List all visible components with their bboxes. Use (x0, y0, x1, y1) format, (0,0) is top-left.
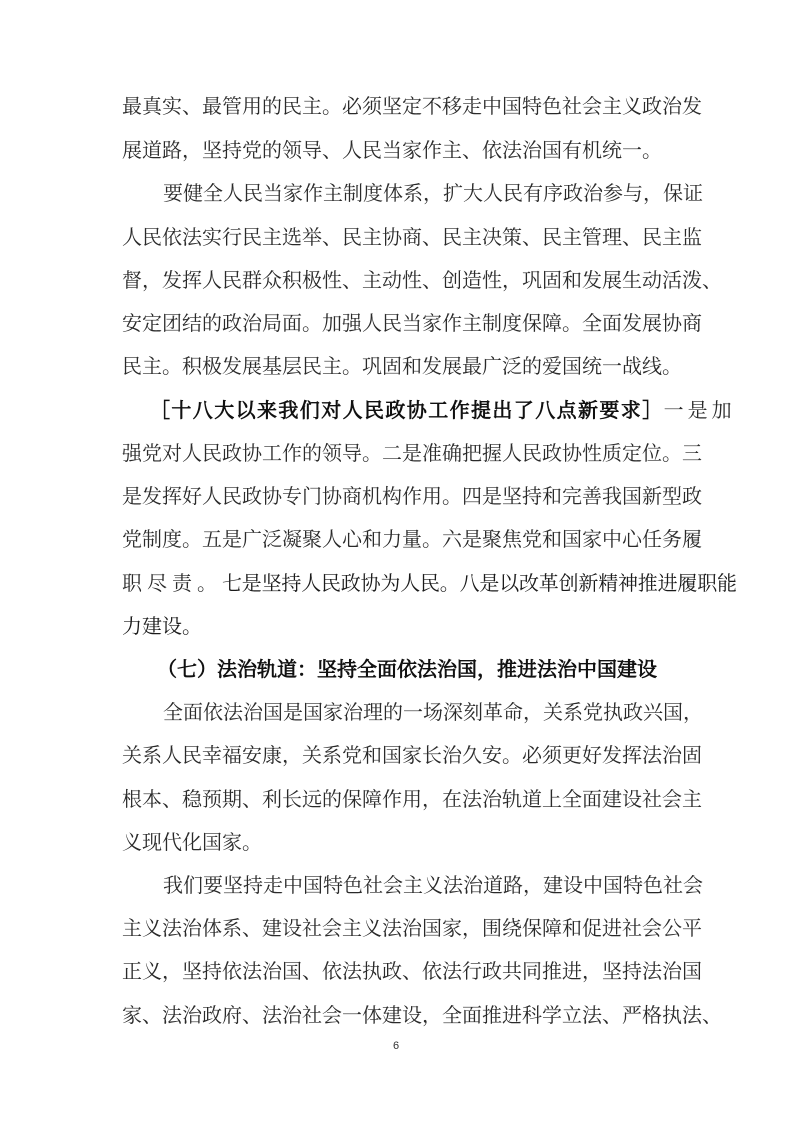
text-line: 最真实、最管用的民主。必须坚定不移走中国特色社会主义政治发 (122, 91, 673, 121)
text-line: 力建设。 (122, 611, 673, 641)
text-line: 全面依法治国是国家治理的一场深刻革命，关系党执政兴国， (163, 697, 673, 727)
section-heading: （七）法治轨道：坚持全面依法治国，推进法治中国建设 (157, 654, 637, 684)
text-fragment: 一是加 (664, 395, 736, 425)
text-fragment-sans: 七是坚持人民政协为人民。八是以改革创新精神推进履职能 (222, 568, 737, 598)
text-line: 根本、稳预期、利长远的保障作用，在法治轨道上全面建设社会主 (122, 784, 673, 814)
text-line: 人民依法实行民主选举、民主协商、民主决策、民主管理、民主监 (122, 222, 673, 252)
text-line-with-bold-lead: ［十八大以来我们对人民政协工作提出了八点新要求］ 一是加 (150, 395, 673, 425)
text-line: 党制度。五是广泛凝聚人心和力量。六是聚焦党和国家中心任务履 (122, 524, 673, 554)
text-line: 关系人民幸福安康，关系党和国家长治久安。必须更好发挥法治固 (122, 740, 673, 770)
bold-lead-title: ［十八大以来我们对人民政协工作提出了八点新要求］ (150, 395, 664, 425)
text-line: 强党对人民政协工作的领导。二是准确把握人民政协性质定位。三 (122, 438, 673, 468)
text-line: 要健全人民当家作主制度体系，扩大人民有序政治参与，保证 (163, 178, 673, 208)
text-line: 是发挥好人民政协专门协商机构作用。四是坚持和完善我国新型政 (122, 481, 673, 511)
page-number: 6 (386, 1040, 406, 1052)
text-line: 我们要坚持走中国特色社会主义法治道路，建设中国特色社会 (163, 870, 673, 900)
text-fragment: 职尽责。 (122, 568, 222, 598)
text-line-mixed-font: 职尽责。 七是坚持人民政协为人民。八是以改革创新精神推进履职能 (122, 568, 673, 598)
text-line: 安定团结的政治局面。加强人民当家作主制度保障。全面发展协商 (122, 308, 673, 338)
text-line: 家、法治政府、法治社会一体建设，全面推进科学立法、严格执法、 (122, 1000, 673, 1030)
text-line: 正义，坚持依法治国、依法执政、依法行政共同推进，坚持法治国 (122, 956, 673, 986)
text-line: 展道路，坚持党的领导、人民当家作主、依法治国有机统一。 (122, 135, 673, 165)
text-line: 民主。积极发展基层民主。巩固和发展最广泛的爱国统一战线。 (122, 351, 673, 381)
document-page: 最真实、最管用的民主。必须坚定不移走中国特色社会主义政治发 展道路，坚持党的领导… (0, 0, 793, 1122)
text-line: 主义法治体系、建设社会主义法治国家，围绕保障和促进社会公平 (122, 913, 673, 943)
text-line: 督，发挥人民群众积极性、主动性、创造性，巩固和发展生动活泼、 (122, 265, 673, 295)
text-line: 义现代化国家。 (122, 827, 673, 857)
